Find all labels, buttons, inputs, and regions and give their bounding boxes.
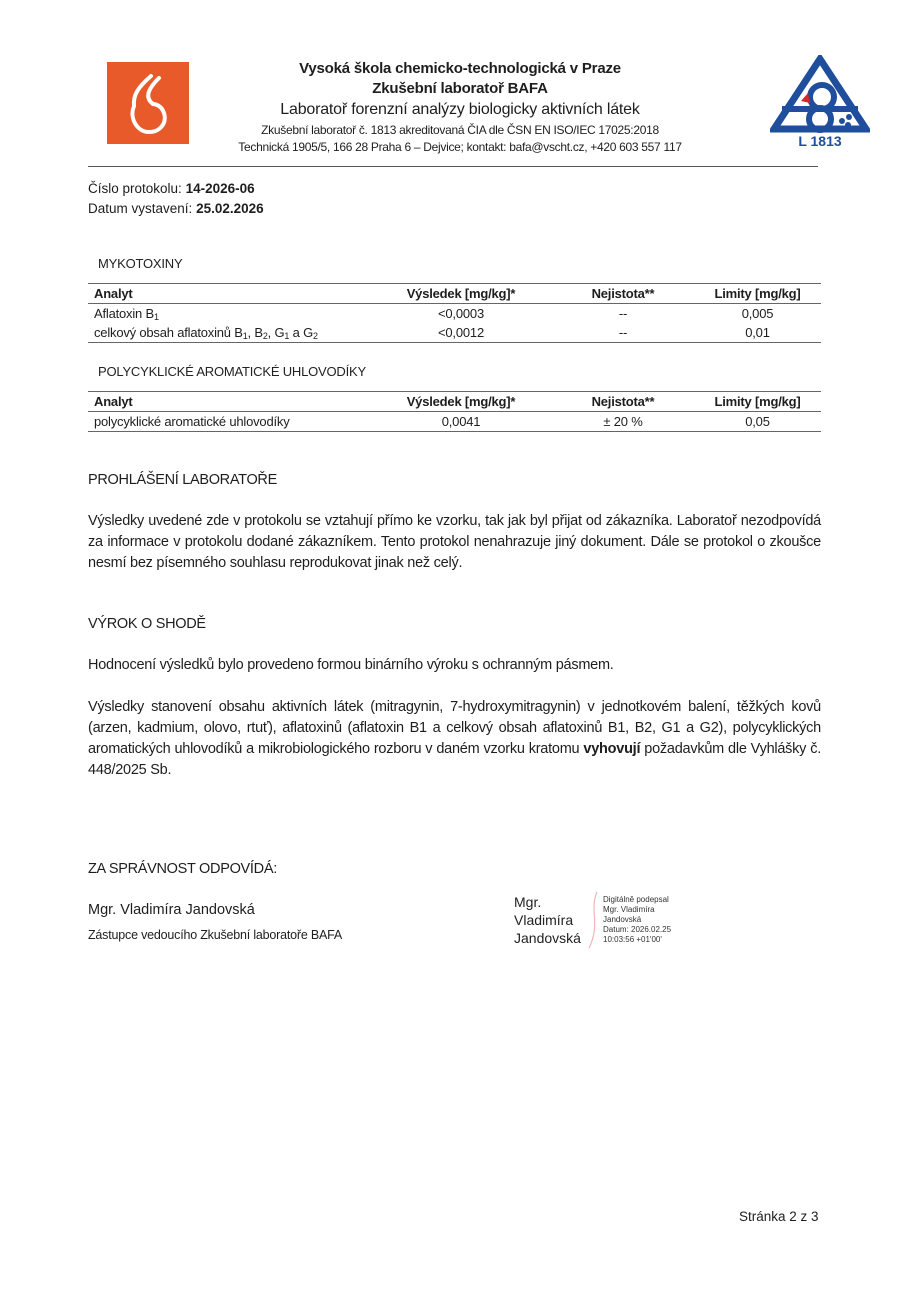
- result-cell: 0,0041: [370, 412, 552, 432]
- signature-stroke-icon: [583, 890, 603, 950]
- pah-table: Analyt Výsledek [mg/kg]* Nejistota** Lim…: [88, 391, 821, 432]
- page-number: Stránka 2 z 3: [739, 1209, 819, 1224]
- table-header-row: Analyt Výsledek [mg/kg]* Nejistota** Lim…: [88, 284, 821, 304]
- declaration-text: Výsledky uvedené zde v protokolu se vzta…: [88, 511, 821, 574]
- col-uncertainty: Nejistota**: [552, 392, 694, 412]
- mycotoxins-caption: MYKOTOXINY: [98, 256, 182, 271]
- protocol-number-row: Číslo protokolu: 14-2026-06: [88, 179, 264, 199]
- col-result: Výsledek [mg/kg]*: [370, 392, 552, 412]
- col-limit: Limity [mg/kg]: [694, 392, 821, 412]
- limit-cell: 0,05: [694, 412, 821, 432]
- col-analyte: Analyt: [88, 284, 370, 304]
- vscht-logo: [107, 62, 189, 144]
- issue-date-row: Datum vystavení: 25.02.2026: [88, 199, 264, 219]
- analyte-cell: polycyklické aromatické uhlovodíky: [88, 412, 370, 432]
- issue-date: 25.02.2026: [196, 201, 264, 216]
- uncertainty-cell: --: [552, 323, 694, 343]
- university-name: Vysoká škola chemicko-technologická v Pr…: [180, 60, 740, 77]
- limit-cell: 0,005: [694, 304, 821, 324]
- limit-cell: 0,01: [694, 323, 821, 343]
- result-cell: <0,0003: [370, 304, 552, 324]
- analyte-cell: celkový obsah aflatoxinů B1, B2, G1 a G2: [88, 323, 370, 343]
- bafa-accreditation-logo: L 1813: [770, 55, 870, 150]
- conformity-evaluation: Hodnocení výsledků bylo provedeno formou…: [88, 655, 821, 676]
- laboratory-name: Zkušební laboratoř BAFA: [180, 80, 740, 97]
- conformity-verdict: vyhovují: [583, 741, 640, 757]
- uncertainty-cell: --: [552, 304, 694, 324]
- conformity-title: VÝROK O SHODĚ: [88, 616, 206, 632]
- header-divider: [88, 166, 818, 167]
- address-line: Technická 1905/5, 166 28 Praha 6 – Dejvi…: [180, 140, 740, 154]
- vscht-flask-icon: [107, 62, 189, 144]
- col-limit: Limity [mg/kg]: [694, 284, 821, 304]
- accreditation-line: Zkušební laboratoř č. 1813 akreditovaná …: [180, 123, 740, 137]
- svg-text:L 1813: L 1813: [798, 133, 842, 149]
- responsibility-title: ZA SPRÁVNOST ODPOVÍDÁ:: [88, 861, 277, 877]
- col-analyte: Analyt: [88, 392, 370, 412]
- protocol-number-label: Číslo protokolu:: [88, 181, 182, 196]
- responsible-person-name: Mgr. Vladimíra Jandovská: [88, 902, 255, 918]
- declaration-title: PROHLÁŠENÍ LABORATOŘE: [88, 472, 277, 488]
- protocol-number: 14-2026-06: [186, 181, 255, 196]
- uncertainty-cell: ± 20 %: [552, 412, 694, 432]
- responsible-person-role: Zástupce vedoucího Zkušební laboratoře B…: [88, 928, 342, 942]
- analyte-cell: Aflatoxin B1: [88, 304, 370, 324]
- table-row: polycyklické aromatické uhlovodíky 0,004…: [88, 412, 821, 432]
- mycotoxins-table: Analyt Výsledek [mg/kg]* Nejistota** Lim…: [88, 283, 821, 343]
- pah-caption: POLYCYKLICKÉ AROMATICKÉ UHLOVODÍKY: [98, 364, 366, 379]
- laboratory-subtitle: Laboratoř forenzní analýzy biologicky ak…: [180, 101, 740, 119]
- col-result: Výsledek [mg/kg]*: [370, 284, 552, 304]
- digital-signature-details: Digitálně podepsal Mgr. Vladimíra Jandov…: [603, 895, 671, 945]
- result-cell: <0,0012: [370, 323, 552, 343]
- table-header-row: Analyt Výsledek [mg/kg]* Nejistota** Lim…: [88, 392, 821, 412]
- digital-signature-name: Mgr. Vladimíra Jandovská: [514, 893, 581, 947]
- table-row: Aflatoxin B1 <0,0003 -- 0,005: [88, 304, 821, 324]
- issue-date-label: Datum vystavení:: [88, 201, 192, 216]
- table-row: celkový obsah aflatoxinů B1, B2, G1 a G2…: [88, 323, 821, 343]
- protocol-meta: Číslo protokolu: 14-2026-06 Datum vystav…: [88, 179, 264, 219]
- bafa-triangle-icon: L 1813: [770, 55, 870, 150]
- col-uncertainty: Nejistota**: [552, 284, 694, 304]
- conformity-statement: Výsledky stanovení obsahu aktivních láte…: [88, 697, 821, 781]
